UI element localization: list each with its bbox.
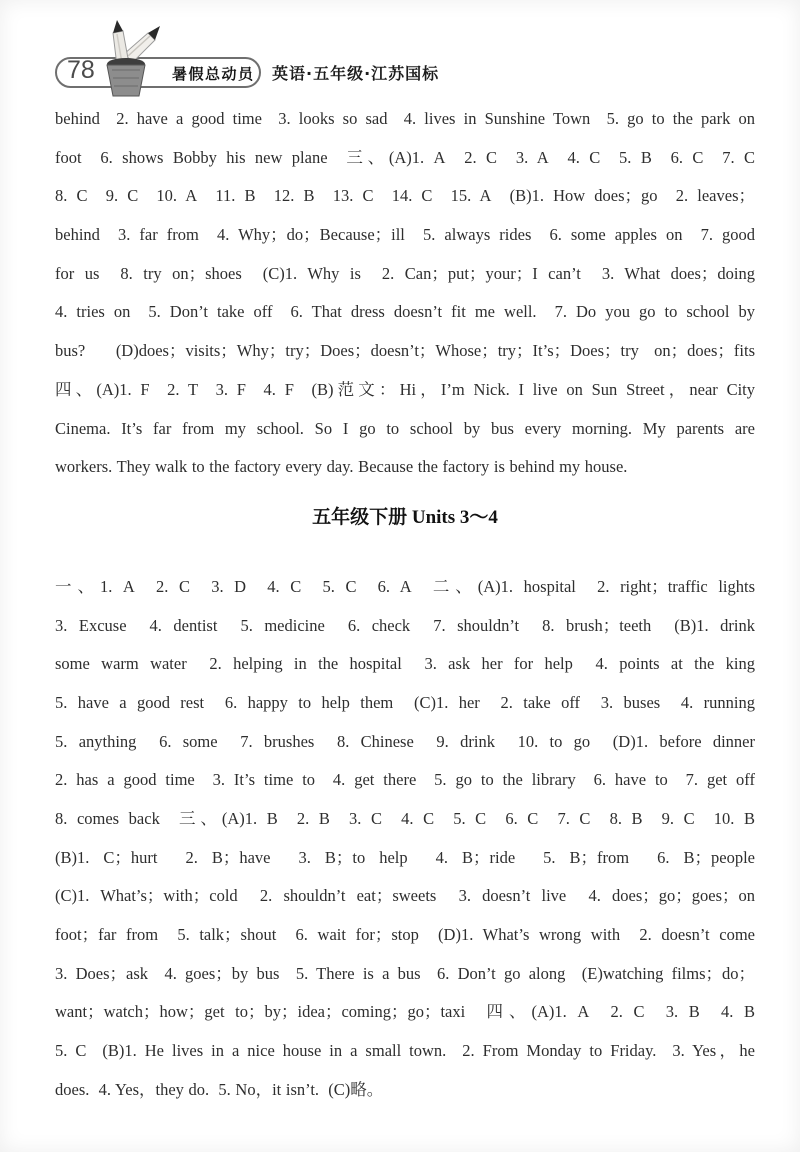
answer-line: Cinema. It’s far from my school. So I go…	[55, 410, 755, 449]
answer-line: behind 2. have a good time 3. looks so s…	[55, 100, 755, 139]
answer-line: 5. have a good rest 6. happy to help the…	[55, 684, 755, 723]
answer-line: 8. C 9. C 10. A 11. B 12. B 13. C 14. C …	[55, 177, 755, 216]
answer-line: some warm water 2. helping in the hospit…	[55, 645, 755, 684]
section-heading-units-3-4: 五年级下册 Units 3～4	[55, 502, 755, 534]
answer-line: 3. Does；ask 4. goes；by bus 5. There is a…	[55, 955, 755, 994]
series-title: 暑假总动员	[172, 63, 255, 84]
answer-content: behind 2. have a good time 3. looks so s…	[55, 100, 755, 1110]
answer-line: 2. has a good time 3. It’s time to 4. ge…	[55, 761, 755, 800]
answer-line: bus? (D)does；visits；Why；try；Does；doesn’t…	[55, 332, 755, 371]
answer-line: behind 3. far from 4. Why；do；Because；ill…	[55, 216, 755, 255]
answer-line: 四、(A)1. F 2. T 3. F 4. F (B)范文：Hi，I’m Ni…	[55, 371, 755, 410]
answer-line: 8. comes back 三、(A)1. B 2. B 3. C 4. C 5…	[55, 800, 755, 839]
answer-line: 5. anything 6. some 7. brushes 8. Chines…	[55, 723, 755, 762]
answer-line: want；watch；how；get to；by；idea；coming；go；…	[55, 993, 755, 1032]
pencil-cup-icon	[86, 18, 168, 100]
book-page: 78 暑假总动员 英语·五年级·江苏国标 behind 2. have a go…	[0, 0, 800, 1152]
answer-line: 4. tries on 5. Don’t take off 6. That dr…	[55, 293, 755, 332]
answer-line: 一、1. A 2. C 3. D 4. C 5. C 6. A 二、(A)1. …	[55, 568, 755, 607]
answer-line: workers. They walk to the factory every …	[55, 448, 755, 487]
answer-line: for us 8. try on；shoes (C)1. Why is 2. C…	[55, 255, 755, 294]
answer-line: (B)1. C；hurt 2. B；have 3. B；to help 4. B…	[55, 839, 755, 878]
answer-line: 5. C (B)1. He lives in a nice house in a…	[55, 1032, 755, 1071]
answer-line: foot 6. shows Bobby his new plane 三、(A)1…	[55, 139, 755, 178]
answer-line: (C)1. What’s；with；cold 2. shouldn’t eat；…	[55, 877, 755, 916]
answer-line: does. 4. Yes，they do. 5. No，it isn’t. (C…	[55, 1071, 755, 1110]
edition-subtitle: 英语·五年级·江苏国标	[272, 61, 439, 84]
answer-line: 3. Excuse 4. dentist 5. medicine 6. chec…	[55, 607, 755, 646]
answer-line: foot；far from 5. talk；shout 6. wait for；…	[55, 916, 755, 955]
